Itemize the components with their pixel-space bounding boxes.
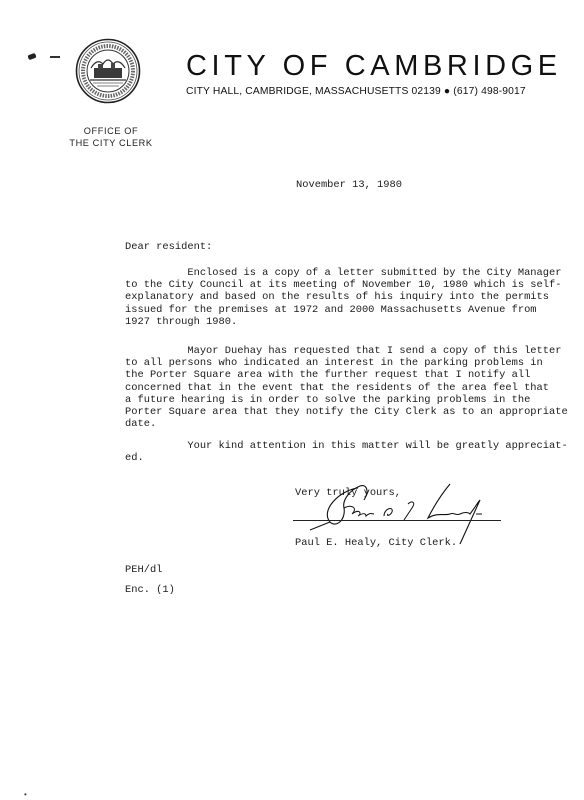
- text-line: to all persons who indicated an interest…: [125, 357, 568, 369]
- enclosure-note: Enc. (1): [125, 584, 175, 596]
- paragraph-3: Your kind attention in this matter will …: [125, 440, 568, 464]
- scan-speck: [27, 53, 36, 60]
- text-line: explanatory and based on the results of …: [125, 291, 561, 303]
- city-title: CITY OF CAMBRIDGE: [186, 50, 562, 83]
- salutation: Dear resident:: [125, 241, 212, 253]
- scan-artifact: •: [24, 790, 27, 799]
- text-line: Your kind attention in this matter will …: [125, 440, 568, 452]
- text-line: ed.: [125, 452, 568, 464]
- city-seal-icon: [75, 38, 141, 104]
- text-line: concerned that in the event that the res…: [125, 382, 568, 394]
- city-address: CITY HALL, CAMBRIDGE, MASSACHUSETTS 0213…: [186, 86, 526, 97]
- office-label-line1: OFFICE OF: [56, 125, 166, 137]
- signature-line: [293, 520, 501, 521]
- scan-speck: [50, 56, 60, 58]
- text-line: Enclosed is a copy of a letter submitted…: [125, 267, 561, 279]
- text-line: date.: [125, 418, 568, 430]
- reference-initials: PEH/dl: [125, 564, 162, 576]
- paragraph-2: Mayor Duehay has requested that I send a…: [125, 345, 568, 430]
- text-line: Mayor Duehay has requested that I send a…: [125, 345, 568, 357]
- text-line: issued for the premises at 1972 and 2000…: [125, 304, 561, 316]
- text-line: a future hearing is in order to solve th…: [125, 394, 568, 406]
- signer-name: Paul E. Healy, City Clerk.: [295, 537, 457, 549]
- text-line: Porter Square area that they notify the …: [125, 406, 568, 418]
- letter-date: November 13, 1980: [296, 179, 402, 191]
- text-line: 1927 through 1980.: [125, 316, 561, 328]
- text-line: the Porter Square area with the further …: [125, 369, 568, 381]
- text-line: to the City Council at its meeting of No…: [125, 279, 561, 291]
- paragraph-1: Enclosed is a copy of a letter submitted…: [125, 267, 561, 328]
- office-label-line2: THE CITY CLERK: [56, 137, 166, 149]
